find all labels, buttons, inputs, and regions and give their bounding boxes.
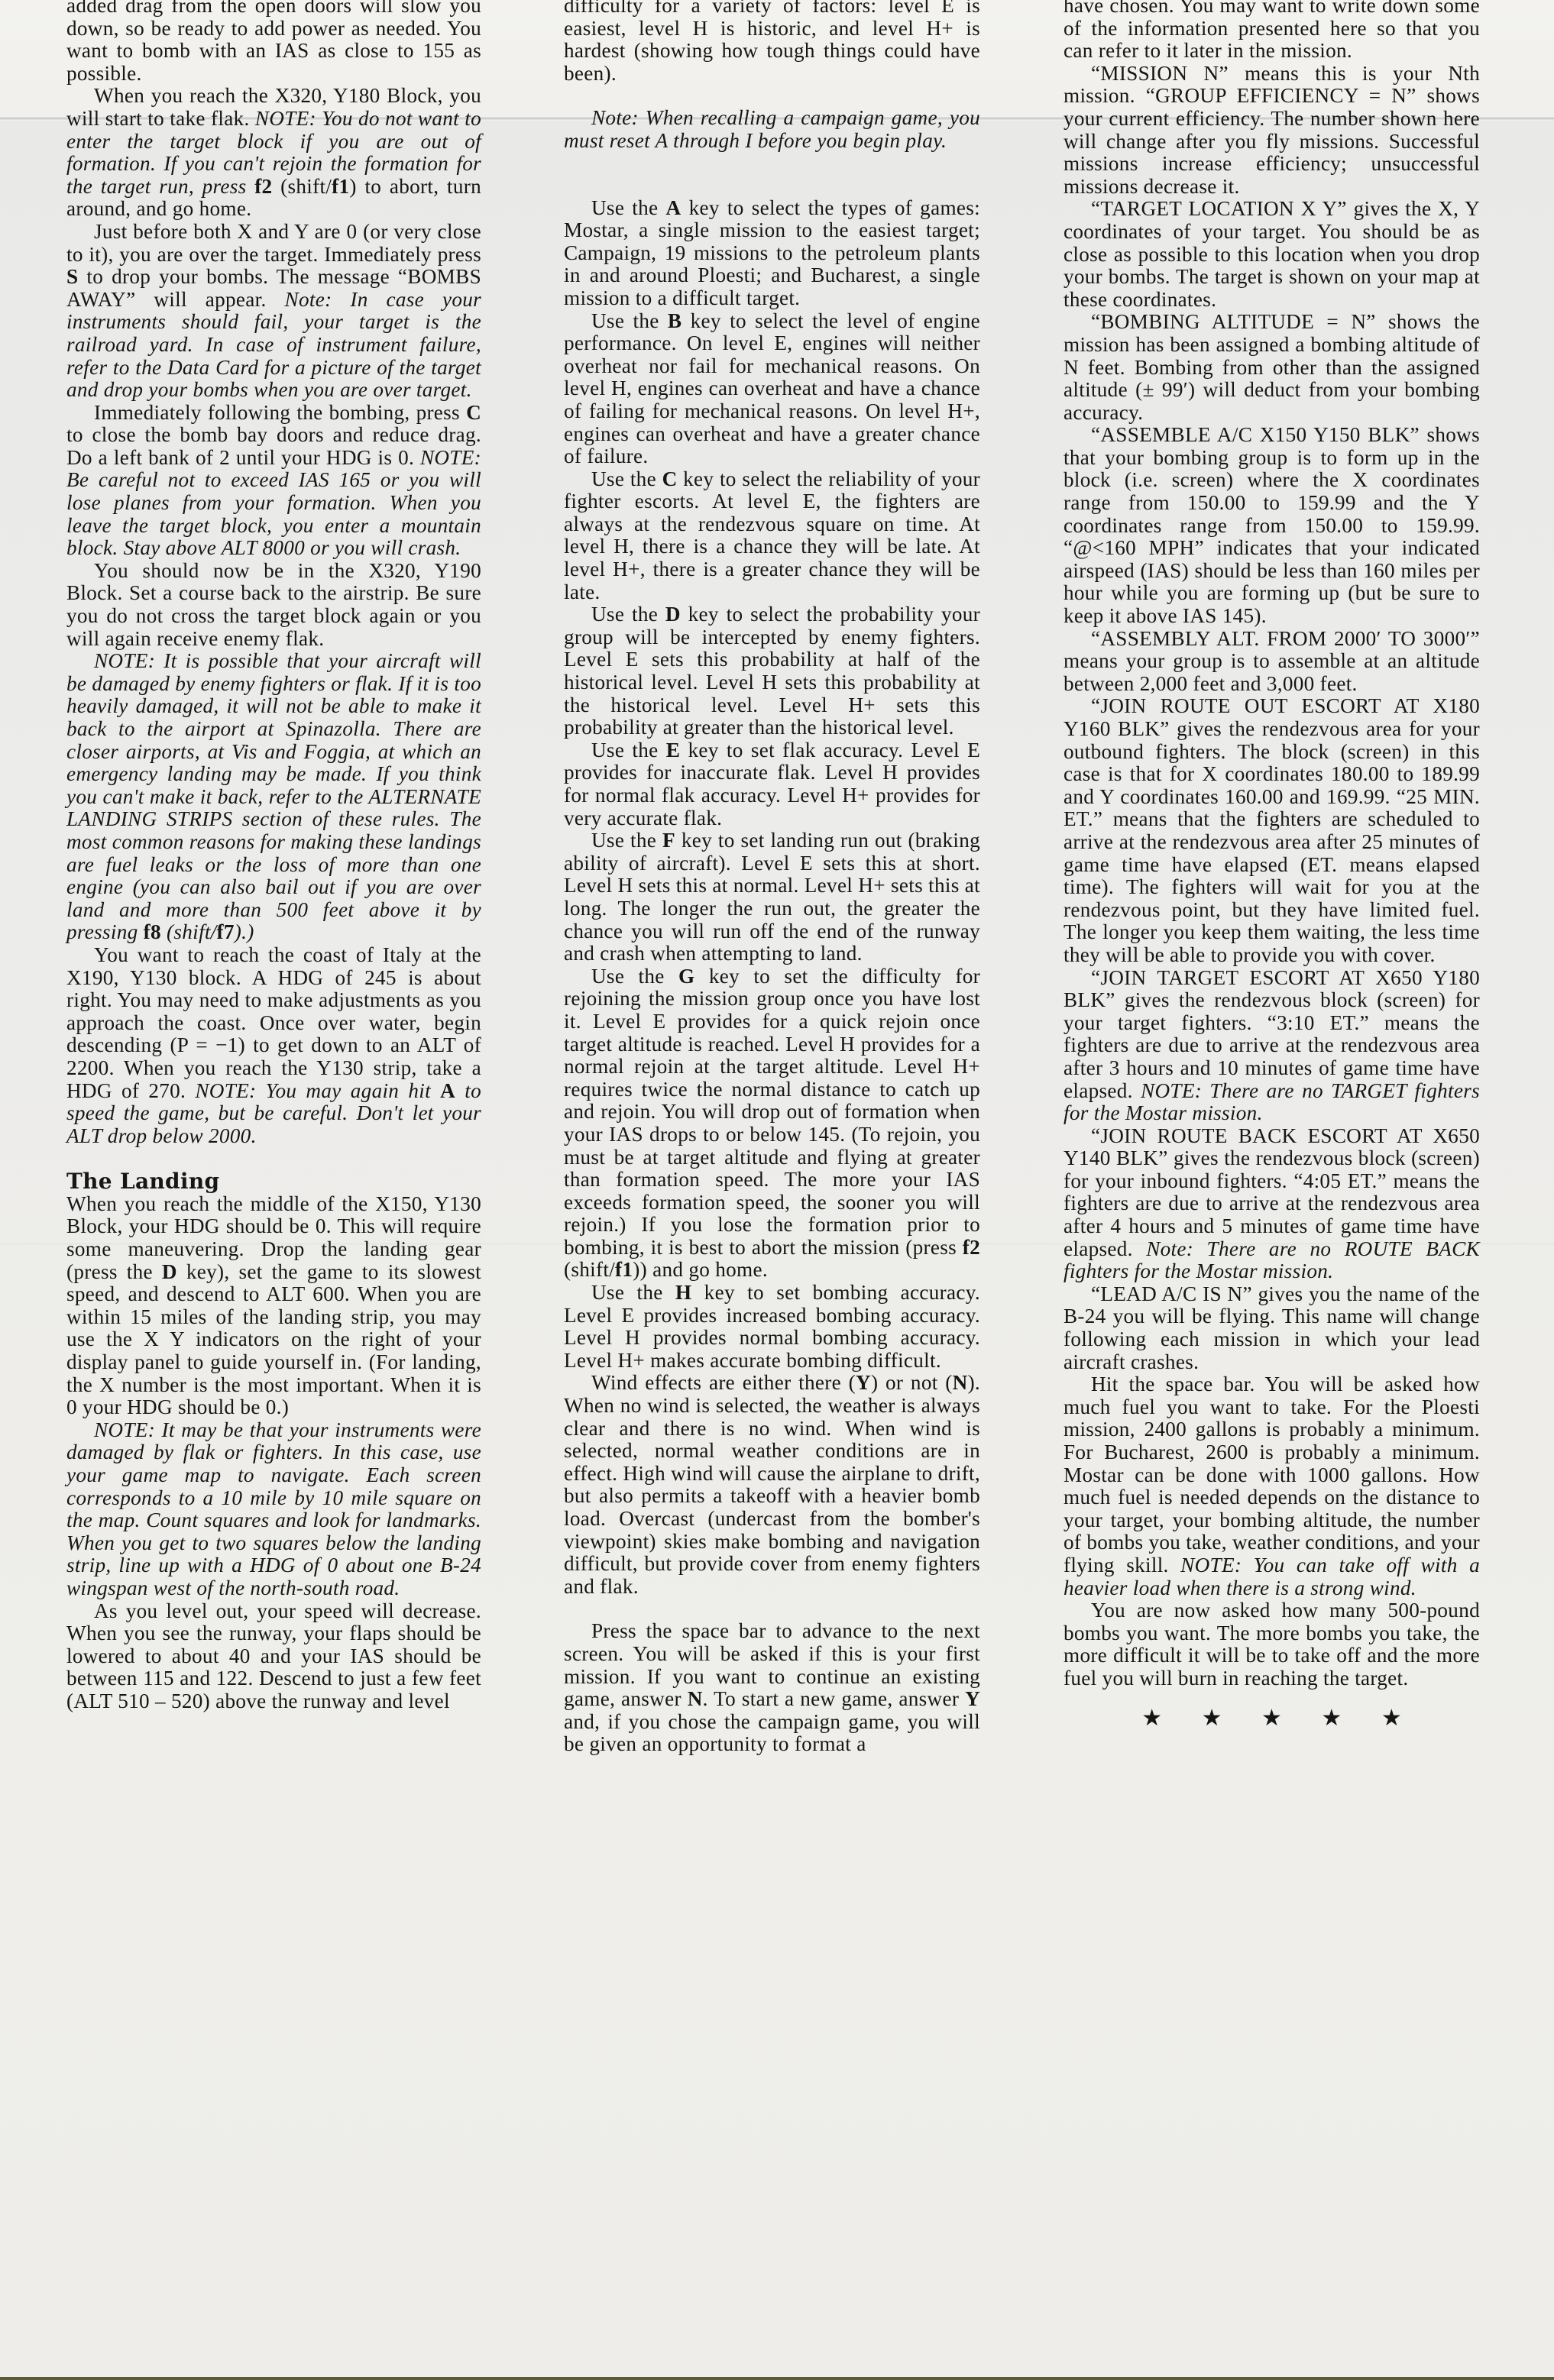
- body-text: . To start a new game, answer: [703, 1687, 965, 1710]
- body-text: key), set the game to its slowest speed,…: [66, 1260, 481, 1419]
- paragraph-r7: “JOIN ROUTE OUT ESCORT AT X180 Y160 BLK”…: [1064, 695, 1480, 966]
- body-text: (shift/: [564, 1258, 615, 1281]
- key-label: S: [66, 265, 78, 288]
- body-text: You should now be in the X320, Y190 Bloc…: [66, 559, 481, 650]
- paragraph-r5: “ASSEMBLE A/C X150 Y150 BLK” shows that …: [1064, 424, 1480, 627]
- paragraph-m5: Use the C key to select the reliability …: [564, 468, 980, 604]
- body-text: Use the: [591, 196, 666, 219]
- note-text: NOTE: It may be that your instruments we…: [66, 1418, 481, 1599]
- body-text: You want to reach the coast of Italy at …: [66, 943, 481, 1102]
- key-label: f1: [615, 1258, 633, 1281]
- paragraph-m3: Use the A key to select the types of gam…: [564, 197, 980, 310]
- key-label: f7: [217, 920, 235, 943]
- body-text: Use the: [591, 965, 678, 988]
- body-text: You are now asked how many 500-pound bom…: [1064, 1599, 1480, 1690]
- body-text: added drag from the open doors will slow…: [66, 0, 481, 85]
- paragraph-r2: “MISSION N” means this is your Nth missi…: [1064, 63, 1480, 199]
- paragraph-p4: Immediately following the bombing, press…: [66, 402, 481, 560]
- paragraph-p5: You should now be in the X320, Y190 Bloc…: [66, 560, 481, 650]
- body-text: “ASSEMBLE A/C X150 Y150 BLK” shows that …: [1064, 423, 1480, 627]
- paragraph-m2: Note: When recalling a campaign game, yo…: [564, 107, 980, 152]
- body-text: ). When no wind is selected, the weather…: [564, 1371, 980, 1597]
- paragraph-r3: “TARGET LOCATION X Y” gives the X, Y coo…: [1064, 198, 1480, 311]
- paragraph-m10: Use the H key to set bombing accuracy. L…: [564, 1282, 980, 1372]
- key-label: f2: [254, 175, 272, 198]
- body-text: “TARGET LOCATION X Y” gives the X, Y coo…: [1064, 197, 1480, 310]
- paragraph-p10: As you level out, your speed will decrea…: [66, 1600, 481, 1713]
- key-label: D: [665, 603, 681, 626]
- paragraph-r8: “JOIN TARGET ESCORT AT X650 Y180 BLK” gi…: [1064, 967, 1480, 1125]
- note-text: Note: When recalling a campaign game, yo…: [564, 106, 980, 152]
- key-label: E: [666, 739, 680, 762]
- section-heading-the-landing: The Landing: [66, 1170, 481, 1193]
- paragraph-m7: Use the E key to set flak accuracy. Leve…: [564, 739, 980, 829]
- body-text: Use the: [591, 467, 662, 490]
- key-label: C: [466, 401, 481, 424]
- note-text: NOTE: It is possible that your aircraft …: [66, 649, 481, 943]
- paragraph-r4: “BOMBING ALTITUDE = N” shows the mission…: [1064, 311, 1480, 424]
- key-label: Y: [965, 1687, 980, 1710]
- body-text: Use the: [591, 1281, 675, 1304]
- key-label: Y: [856, 1371, 871, 1394]
- key-label: A: [440, 1079, 455, 1102]
- body-text: Use the: [591, 603, 665, 626]
- right-column: have chosen. You may want to write down …: [1064, 0, 1480, 1729]
- key-label: f2: [963, 1236, 980, 1259]
- body-text: Use the: [591, 829, 662, 852]
- paragraph-m11: Wind effects are either there (Y) or not…: [564, 1372, 980, 1598]
- middle-column: difficulty for a variety of factors: lev…: [564, 0, 980, 1756]
- body-text: “JOIN ROUTE OUT ESCORT AT X180 Y160 BLK”…: [1064, 694, 1480, 966]
- key-label: B: [668, 309, 681, 332]
- body-text: Use the: [591, 739, 666, 762]
- body-text: “BOMBING ALTITUDE = N” shows the mission…: [1064, 310, 1480, 423]
- paragraph-r1: have chosen. You may want to write down …: [1064, 0, 1480, 63]
- body-text: “MISSION N” means this is your Nth missi…: [1064, 62, 1480, 198]
- paragraph-r9: “JOIN ROUTE BACK ESCORT AT X650 Y140 BLK…: [1064, 1125, 1480, 1283]
- body-text: As you level out, your speed will decrea…: [66, 1599, 481, 1712]
- paragraph-p8: When you reach the middle of the X150, Y…: [66, 1193, 481, 1419]
- paragraph-p3: Just before both X and Y are 0 (or very …: [66, 221, 481, 402]
- body-text: Use the: [591, 309, 668, 332]
- key-label: N: [953, 1371, 968, 1394]
- paragraph-m12: Press the space bar to advance to the ne…: [564, 1620, 980, 1756]
- note-text: (shift/: [161, 920, 217, 943]
- page-bottom-edge: [0, 2377, 1554, 2380]
- key-label: F: [662, 829, 675, 852]
- note-text: ).): [235, 920, 254, 943]
- body-text: ) or not (: [871, 1371, 953, 1394]
- paragraph-r12: You are now asked how many 500-pound bom…: [1064, 1599, 1480, 1690]
- paragraph-p9: NOTE: It may be that your instruments we…: [66, 1419, 481, 1600]
- key-label: D: [162, 1260, 177, 1283]
- paragraph-p6: NOTE: It is possible that your aircraft …: [66, 650, 481, 944]
- body-text: Immediately following the bombing, press: [94, 401, 466, 424]
- paragraph-m8: Use the F key to set landing run out (br…: [564, 829, 980, 965]
- body-text: “LEAD A/C IS N” gives you the name of th…: [1064, 1282, 1480, 1373]
- key-label: C: [662, 467, 678, 490]
- body-text: Wind effects are either there (: [591, 1371, 856, 1394]
- paragraph-r6: “ASSEMBLY ALT. FROM 2000′ TO 3000′” mean…: [1064, 628, 1480, 696]
- paragraph-m9: Use the G key to set the difficulty for …: [564, 965, 980, 1282]
- body-text: (shift/: [272, 175, 332, 198]
- key-label: f8: [144, 920, 161, 943]
- key-label: f1: [332, 175, 349, 198]
- key-label: G: [678, 965, 694, 988]
- body-text: )) and go home.: [633, 1258, 768, 1281]
- paragraph-p2: When you reach the X320, Y180 Block, you…: [66, 85, 481, 221]
- paragraph-r11: Hit the space bar. You will be asked how…: [1064, 1373, 1480, 1599]
- paragraph-m6: Use the D key to select the probability …: [564, 603, 980, 739]
- body-text: and, if you chose the campaign game, you…: [564, 1710, 980, 1756]
- body-text: difficulty for a variety of factors: lev…: [564, 0, 980, 85]
- key-label: H: [675, 1281, 691, 1304]
- note-text: NOTE: You may again hit: [195, 1079, 440, 1102]
- key-label: N: [688, 1687, 703, 1710]
- paragraph-m1: difficulty for a variety of factors: lev…: [564, 0, 980, 85]
- body-text: Hit the space bar. You will be asked how…: [1064, 1373, 1480, 1576]
- key-label: A: [666, 196, 681, 219]
- body-text: have chosen. You may want to write down …: [1064, 0, 1480, 62]
- body-text: to close the bomb bay doors and reduce d…: [66, 423, 481, 469]
- left-column: added drag from the open doors will slow…: [66, 0, 481, 1713]
- body-text: key to set the difficulty for rejoining …: [564, 965, 980, 1259]
- paragraph-m4: Use the B key to select the level of eng…: [564, 310, 980, 468]
- end-of-section-stars-icon: ★ ★ ★ ★ ★: [1064, 1707, 1480, 1730]
- body-text: key to select the level of engine perfor…: [564, 309, 980, 468]
- body-text: Just before both X and Y are 0 (or very …: [66, 220, 481, 266]
- paragraph-r10: “LEAD A/C IS N” gives you the name of th…: [1064, 1283, 1480, 1373]
- body-text: “ASSEMBLY ALT. FROM 2000′ TO 3000′” mean…: [1064, 627, 1480, 695]
- paragraph-p7: You want to reach the coast of Italy at …: [66, 944, 481, 1147]
- paragraph-p1: added drag from the open doors will slow…: [66, 0, 481, 85]
